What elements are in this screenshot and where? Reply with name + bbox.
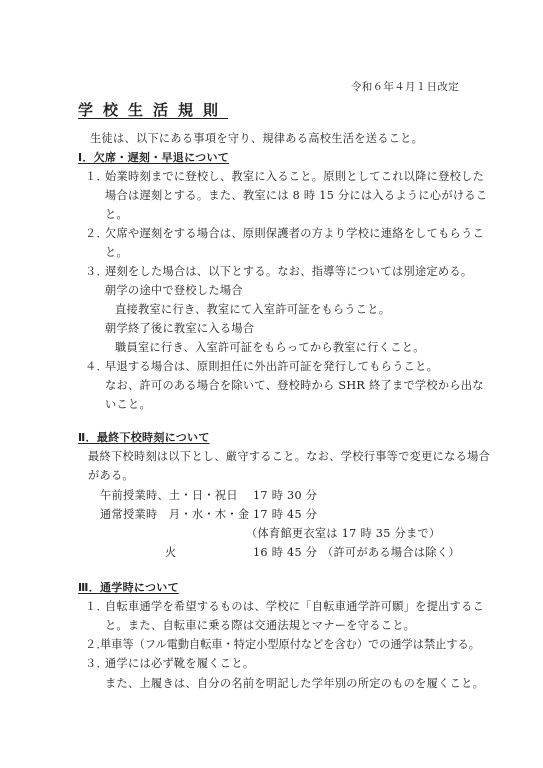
- schedule-time: 16 時 45 分: [253, 546, 317, 560]
- item-text: 早退する場合は、原則担任に外出許可証を発行してもらうこと。: [105, 360, 438, 374]
- item-text: なお、許可のある場合を除いて、登校時から SHR 終了まで学校から出な: [105, 379, 484, 393]
- section-2-text: 最終下校時刻は以下とし、厳守すること。なお、学校行事等で変更になる場合: [88, 450, 490, 464]
- schedule-label: 午前授業時、土・日・祝日: [100, 489, 238, 503]
- section-2-heading: Ⅱ．最終下校時刻について: [78, 431, 210, 445]
- sub-case-text: 職員室に行き、入室許可証をもらってから教室に行くこと。: [115, 341, 425, 355]
- section-1-heading: Ⅰ．欠席・遅刻・早退について: [78, 151, 229, 165]
- item-text: と。また、自転車に乗る際は交通法規とマナーを守ること。: [105, 619, 415, 633]
- item-text: 場合は遅刻とする。また、教室には 8 時 15 分には入るように心がけるこ: [105, 189, 487, 203]
- item-text: 遅刻をした場合は、以下とする。なお、指導等については別途定める。: [105, 265, 472, 279]
- item-text: 通学には必ず靴を履くこと。: [105, 657, 254, 671]
- item-text: また、上履きは、自分の名前を明記した学年別の所定のものを履くこと。: [105, 677, 484, 691]
- schedule-label: 火: [165, 546, 177, 560]
- sub-case-text: 直接教室に行き、教室にて入室許可証をもらうこと。: [115, 303, 390, 317]
- item-text: 始業時刻までに登校し、教室に入ること。原則としてこれ以降に登校した: [105, 170, 484, 184]
- item-text: と。: [105, 208, 128, 222]
- schedule-time: 17 時 30 分: [253, 489, 317, 503]
- item-text: 欠席や遅刻をする場合は、原則保護者の方より学校に連絡をしてもらうこ: [105, 227, 484, 241]
- section-3-heading: Ⅲ．通学時について: [78, 581, 179, 595]
- item-text: と。: [105, 246, 128, 260]
- revision-date: 令和６年４月１日改定: [351, 80, 459, 94]
- section-2-text: がある。: [88, 469, 134, 483]
- schedule-label: 通常授業時 月・水・木・金: [100, 508, 249, 522]
- document-page: 令和６年４月１日改定 学校生活規則 生徒は、以下にある事項を守り、規律ある高校生…: [0, 0, 543, 768]
- sub-case-label: 朝学終了後に教室に入る場合: [105, 322, 254, 336]
- schedule-note: （体育館更衣室は 17 時 35 分まで）: [246, 527, 440, 541]
- schedule-note: （許可がある場合は除く）: [322, 546, 460, 560]
- page-title: 学校生活規則: [78, 103, 228, 117]
- sub-case-label: 朝学の途中で登校した場合: [105, 284, 243, 298]
- item-text: 自転車通学を希望するものは、学校に「自転車通学許可願」を提出するこ: [105, 600, 484, 614]
- schedule-time: 17 時 45 分: [253, 508, 317, 522]
- item-text: 単車等（フル電動自転車・特定小型原付などを含む）での通学は禁止する。: [100, 638, 480, 652]
- item-text: いこと。: [105, 398, 151, 412]
- intro-text: 生徒は、以下にある事項を守り、規律ある高校生活を送ること。: [90, 132, 423, 146]
